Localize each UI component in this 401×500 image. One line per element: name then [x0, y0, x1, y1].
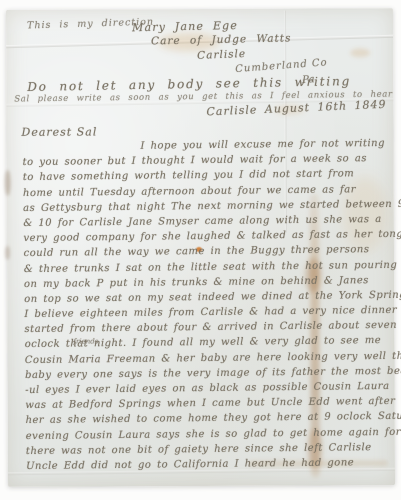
address-care-of: Care of Judge Watts — [151, 32, 292, 47]
address-county: Cumberland Co — [235, 57, 328, 75]
stain-left-edge — [5, 170, 11, 196]
stain-top-right — [350, 48, 370, 57]
letter-paper: This is my direction Mary Jane Ege Care … — [6, 8, 395, 487]
salutation: Dearest Sal — [21, 125, 97, 138]
address-name: Mary Jane Ege — [132, 19, 238, 34]
address-city: Carlisle — [197, 48, 246, 62]
stain-left-edge — [5, 246, 10, 260]
letter-body: I hope you will excuse me for not writin… — [22, 136, 392, 474]
